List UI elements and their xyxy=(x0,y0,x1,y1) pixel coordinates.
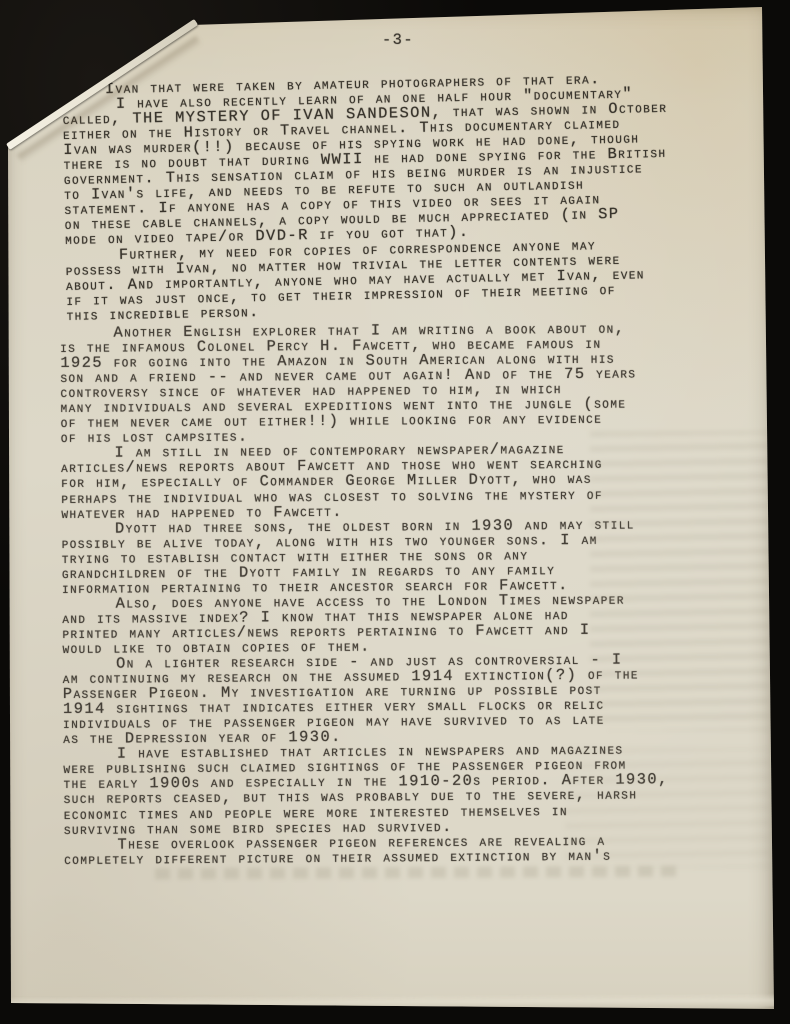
bleed-through-artifact xyxy=(155,866,680,880)
paper-sheet: -3- Ivan that were taken by amateur phot… xyxy=(5,3,775,1015)
typewritten-text-upper: Ivan that were taken by amateur photogra… xyxy=(62,71,671,324)
page-number: -3- xyxy=(5,33,775,48)
underlying-sheet-edge xyxy=(5,993,775,1009)
typewritten-text-lower: Another English explorer that I am writi… xyxy=(60,321,669,867)
scan-background: -3- Ivan that were taken by amateur phot… xyxy=(0,0,790,1024)
